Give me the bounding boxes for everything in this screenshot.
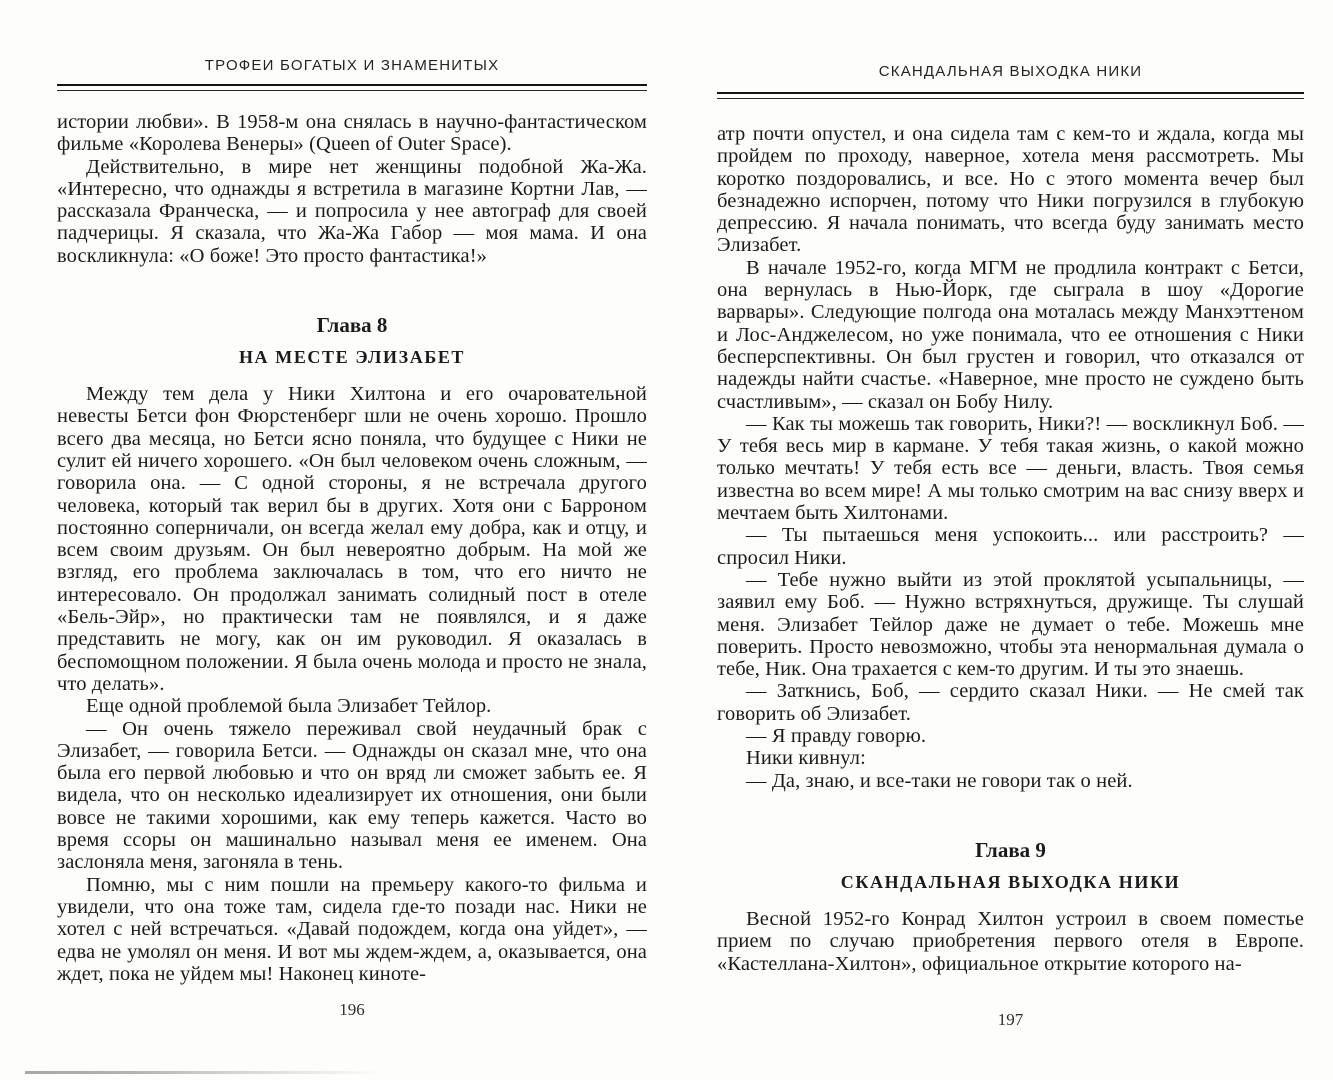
chapter-number: Глава 9 [717, 838, 1304, 862]
paragraph: — Тебе нужно выйти из этой проклятой усы… [717, 569, 1304, 680]
paragraph: — Заткнись, Боб, — сердито сказал Ники. … [717, 680, 1304, 725]
paragraph: — Да, знаю, и все-таки не говори так о н… [717, 770, 1304, 792]
paragraph: — Он очень тяжело переживал свой неудачн… [57, 718, 647, 874]
chapter-heading: Глава 8НА МЕСТЕ ЭЛИЗАБЕТ [57, 313, 647, 368]
page-left: ТРОФЕИ БОГАТЫХ И ЗНАМЕНИТЫХ истории любв… [57, 0, 647, 1080]
paragraph: — Ты пытаешься меня успокоить... или рас… [717, 524, 1304, 569]
paragraph: — Я правду говорю. [717, 725, 1304, 747]
paragraph: Еще одной проблемой была Элизабет Тейлор… [57, 695, 647, 717]
paragraph: В начале 1952-го, когда МГМ не продлила … [717, 257, 1304, 413]
paragraph: — Как ты можешь так говорить, Ники?! — в… [717, 413, 1304, 524]
header-rule-right [717, 92, 1304, 99]
chapter-heading: Глава 9СКАНДАЛЬНАЯ ВЫХОДКА НИКИ [717, 838, 1304, 893]
paragraph: Действительно, в мире нет женщины подобн… [57, 156, 647, 267]
page-body-left: истории любви». В 1958-м она снялась в н… [57, 111, 647, 985]
book-spread: ТРОФЕИ БОГАТЫХ И ЗНАМЕНИТЫХ истории любв… [0, 0, 1333, 1080]
paragraph: Ники кивнул: [717, 747, 1304, 769]
paragraph: Между тем дела у Ники Хилтона и его очар… [57, 383, 647, 695]
header-rule-left [57, 84, 647, 91]
running-head-right: СКАНДАЛЬНАЯ ВЫХОДКА НИКИ [717, 63, 1304, 80]
paragraph: Весной 1952-го Конрад Хилтон устроил в с… [717, 908, 1304, 975]
page-number-right: 197 [717, 1010, 1304, 1030]
chapter-number: Глава 8 [57, 313, 647, 337]
running-head-left: ТРОФЕИ БОГАТЫХ И ЗНАМЕНИТЫХ [57, 57, 647, 74]
paragraph: атр почти опустел, и она сидела там с ке… [717, 123, 1304, 257]
chapter-title-text: НА МЕСТЕ ЭЛИЗАБЕТ [57, 346, 647, 368]
paragraph: Помню, мы с ним пошли на премьеру какого… [57, 874, 647, 985]
paragraph: истории любви». В 1958-м она снялась в н… [57, 111, 647, 156]
chapter-title-text: СКАНДАЛЬНАЯ ВЫХОДКА НИКИ [717, 871, 1304, 893]
page-body-right: атр почти опустел, и она сидела там с ке… [717, 123, 1304, 975]
page-number-left: 196 [57, 1000, 647, 1020]
scan-artifact-line [25, 1071, 385, 1074]
page-right: СКАНДАЛЬНАЯ ВЫХОДКА НИКИ атр почти опуст… [717, 0, 1304, 1080]
